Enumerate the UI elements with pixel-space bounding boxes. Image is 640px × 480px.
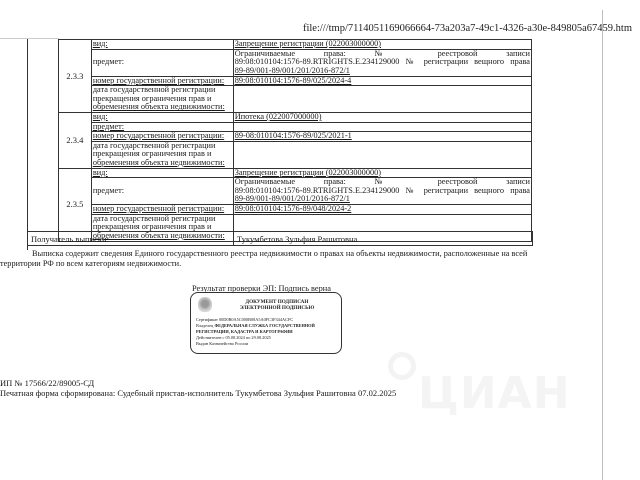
value-nomer: 89:08:010104:1576-89/025/2024-4 (233, 76, 531, 86)
table-row: предмет: Ограничиваемые права: № реестро… (59, 49, 532, 76)
electronic-signature-stamp: ДОКУМЕНТ ПОДПИСАН ЭЛЕКТРОННОЙ ПОДПИСЬЮ С… (190, 292, 342, 354)
table-row: дата государственной регистрации прекращ… (59, 141, 532, 168)
value-predmet: Ограничиваемые права: № реестровой запис… (233, 49, 531, 76)
stamp-validity: Действителен с 05.08.2024 по 29.08.2025 (196, 335, 271, 340)
value-vid: Запрещение регистрации (022003000000) (233, 40, 531, 50)
page-edge-divider (602, 10, 603, 480)
table-row: номер государственной регистрации: 89-08… (59, 132, 532, 142)
table-row: 2.3.3 вид: Запрещение регистрации (02200… (59, 40, 532, 50)
label-vid: вид: (91, 168, 233, 178)
watermark-logo: ЦИАН (418, 368, 571, 419)
label-predmet: предмет: (91, 178, 233, 205)
recipient-value: Тукумбетова Зульфия Рашитовна (237, 234, 357, 244)
label-data-line-3: обременения объекта недвижимости: (93, 159, 232, 168)
watermark-pin-icon (388, 352, 416, 380)
recipient-divider (233, 232, 234, 245)
label-predmet: предмет: (91, 49, 233, 76)
note-line-2: территории РФ по всем категориям недвижи… (0, 259, 534, 269)
outer-table-left-column (0, 38, 28, 250)
stamp-owner-line-2: РЕГИСТРАЦИИ, КАДАСТРА И КАРТОГРАФИИ (196, 329, 293, 334)
table-row: дата государственной регистрации прекращ… (59, 86, 532, 113)
label-data: дата государственной регистрации прекращ… (91, 86, 233, 113)
label-data: дата государственной регистрации прекращ… (91, 141, 233, 168)
extract-note: Выписка содержит сведения Единого госуда… (0, 249, 534, 269)
page-url-header: file:///tmp/7114051169066664-73a203a7-49… (222, 23, 632, 34)
stamp-issuer: Выдан Казначейство России (196, 341, 248, 346)
value-vid: Ипотека (022007000000) (233, 112, 531, 122)
table-row: предмет: Ограничиваемые права: № реестро… (59, 178, 532, 205)
encumbrances-table: 2.3.3 вид: Запрещение регистрации (02200… (58, 39, 532, 242)
value-nomer: 89:08:010104:1576-89/048/2024-2 (233, 205, 531, 215)
entry-number: 2.3.4 (59, 112, 92, 168)
recipient-label: Получатель выписки: (31, 234, 109, 244)
coat-of-arms-icon (198, 297, 212, 312)
label-vid: вид: (91, 40, 233, 50)
label-nomer: номер государственной регистрации: (91, 205, 233, 215)
stamp-owner-line-1: Владелец ФЕДЕРАЛЬНАЯ СЛУЖБА ГОСУДАРСТВЕН… (196, 323, 315, 328)
footer-printed-by: Печатная форма сформирована: Судебный пр… (0, 388, 396, 398)
entry-number: 2.3.3 (59, 40, 92, 113)
outer-table-top-border (0, 38, 59, 39)
label-nomer: номер государственной регистрации: (91, 132, 233, 142)
stamp-certificate: Сертификат 00D0B0A5C000B08A5A0FC3F344ACF… (196, 317, 293, 322)
stamp-owner-prefix: Владелец (196, 323, 213, 328)
note-line-1: Выписка содержит сведения Единого госуда… (0, 249, 534, 259)
value-data (233, 86, 531, 113)
stamp-title: ДОКУМЕНТ ПОДПИСАН ЭЛЕКТРОННОЙ ПОДПИСЬЮ (221, 299, 333, 311)
value-nomer: 89-08:010104:1576-89/025/2021-1 (233, 132, 531, 142)
recipient-row: Получатель выписки: Тукумбетова Зульфия … (27, 231, 533, 246)
value-data (233, 141, 531, 168)
stamp-title-line-2: ЭЛЕКТРОННОЙ ПОДПИСЬЮ (221, 305, 333, 311)
label-data-line-3: обременения объекта недвижимости: (93, 103, 232, 112)
value-predmet: Ограничиваемые права: № реестровой запис… (233, 178, 531, 205)
footer-ip-number: ИП № 17566/22/89005-СД (0, 378, 396, 388)
predmet-line-3: 89-89/001-89/001/201/2016-872/1 (235, 67, 530, 76)
predmet-line-3: 89-89/001-89/001/201/2016-872/1 (235, 195, 530, 204)
table-row: номер государственной регистрации: 89:08… (59, 205, 532, 215)
table-row: 2.3.4 вид: Ипотека (022007000000) (59, 112, 532, 122)
stamp-owner-name-1: ФЕДЕРАЛЬНАЯ СЛУЖБА ГОСУДАРСТВЕННОЙ (214, 323, 314, 328)
label-vid: вид: (91, 112, 233, 122)
document-footer: ИП № 17566/22/89005-СД Печатная форма сф… (0, 378, 396, 398)
